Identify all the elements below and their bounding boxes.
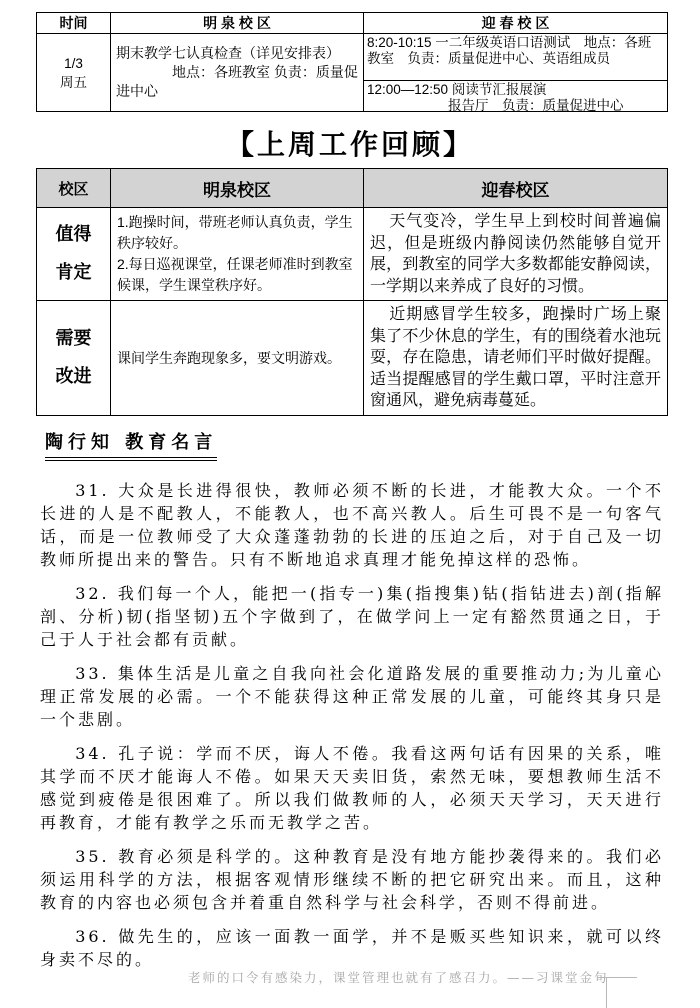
quote-32: 32. 我们每一个人，能把一(指专一)集(指搜集)钻(指钻进去)剖(指解剖、分析… <box>40 582 664 651</box>
review-table: 校区 明泉校区 迎春校区 值得 肯定 1.跑操时间，带班老师认真负责，学生秩序较… <box>36 168 668 416</box>
review-improve-yingchun: 近期感冒学生较多，跑操时广场上聚集了不少休息的学生，有的围绕着水池玩耍，存在隐患… <box>364 301 668 416</box>
review-label-improve: 需要 改进 <box>37 301 111 416</box>
schedule-header-mingquan: 明 泉 校 区 <box>111 13 364 34</box>
schedule-yingchun-noon: 12:00—12:50 阅读节汇报展演 报告厅 负责：质量促进中心 <box>364 81 667 111</box>
review-positive-yingchun: 天气变冷，学生早上到校时间普遍偏迟，但是班级内静阅读仍然能够自觉开展，到教室的同… <box>364 208 668 301</box>
review-header-mingquan: 明泉校区 <box>111 169 364 208</box>
review-positive-mingquan: 1.跑操时间，带班老师认真负责，学生秩序较好。 2.每日巡视课堂，任课老师准时到… <box>111 208 364 301</box>
schedule-body-row: 1/3 周五 期末教学七认真检查（详见安排表） 地点：各班教室 负责：质量促进中… <box>37 34 668 112</box>
quote-35: 35. 教育必须是科学的。这种教育是没有地方能抄袭得来的。我们必须运用科学的方法… <box>40 845 664 914</box>
quote-33: 33. 集体生活是儿童之自我向社会化道路发展的重要推动力;为儿童心理正常发展的必… <box>40 662 664 731</box>
schedule-header-row: 时间 明 泉 校 区 迎 春 校 区 <box>37 13 668 34</box>
quote-31: 31. 大众是长进得很快，教师必须不断的长进，才能教大众。一个不长进的人是不配教… <box>40 479 664 571</box>
schedule-table: 时间 明 泉 校 区 迎 春 校 区 1/3 周五 期末教学七认真检查（详见安排… <box>36 12 668 112</box>
schedule-header-time: 时间 <box>37 13 111 34</box>
quotes-heading: 陶行知 教育名言 <box>45 428 217 461</box>
document-page: 时间 明 泉 校 区 迎 春 校 区 1/3 周五 期末教学七认真检查（详见安排… <box>0 0 700 1008</box>
review-label-positive: 值得 肯定 <box>37 208 111 301</box>
review-row-improve: 需要 改进 课间学生奔跑现象多，要文明游戏。 近期感冒学生较多，跑操时广场上聚集… <box>37 301 668 416</box>
schedule-yingchun-morning: 8:20-10:15 一二年级英语口语测试 地点：各班教室 负责：质量促进中心、… <box>364 34 667 81</box>
quotes-list: 31. 大众是长进得很快，教师必须不断的长进，才能教大众。一个不长进的人是不配教… <box>40 479 664 982</box>
schedule-header-yingchun: 迎 春 校 区 <box>364 13 668 34</box>
footer-quote: 老师的口令有感染力，课堂管理也就有了感召力。——习课堂金句 <box>188 968 609 986</box>
schedule-yingchun-cell: 8:20-10:15 一二年级英语口语测试 地点：各班教室 负责：质量促进中心、… <box>364 34 668 112</box>
quote-36: 36. 做先生的，应该一面教一面学，并不是贩买些知识来，就可以终身卖不尽的。 <box>40 925 664 971</box>
quote-34: 34. 孔子说：学而不厌，诲人不倦。我看这两句话有因果的关系，唯其学而不厌才能诲… <box>40 742 664 834</box>
review-row-positive: 值得 肯定 1.跑操时间，带班老师认真负责，学生秩序较好。 2.每日巡视课堂，任… <box>37 208 668 301</box>
schedule-mingquan-cell: 期末教学七认真检查（详见安排表） 地点：各班教室 负责：质量促进中心 <box>111 34 364 112</box>
text-frame-mark-vertical <box>606 977 607 1008</box>
review-header-yingchun: 迎春校区 <box>364 169 668 208</box>
section-title: 【上周工作回顾】 <box>0 123 700 163</box>
schedule-date-cell: 1/3 周五 <box>37 34 111 112</box>
review-header-campus: 校区 <box>37 169 111 208</box>
review-header-row: 校区 明泉校区 迎春校区 <box>37 169 668 208</box>
review-improve-mingquan: 课间学生奔跑现象多，要文明游戏。 <box>111 301 364 416</box>
text-frame-mark-horizontal <box>597 977 637 978</box>
